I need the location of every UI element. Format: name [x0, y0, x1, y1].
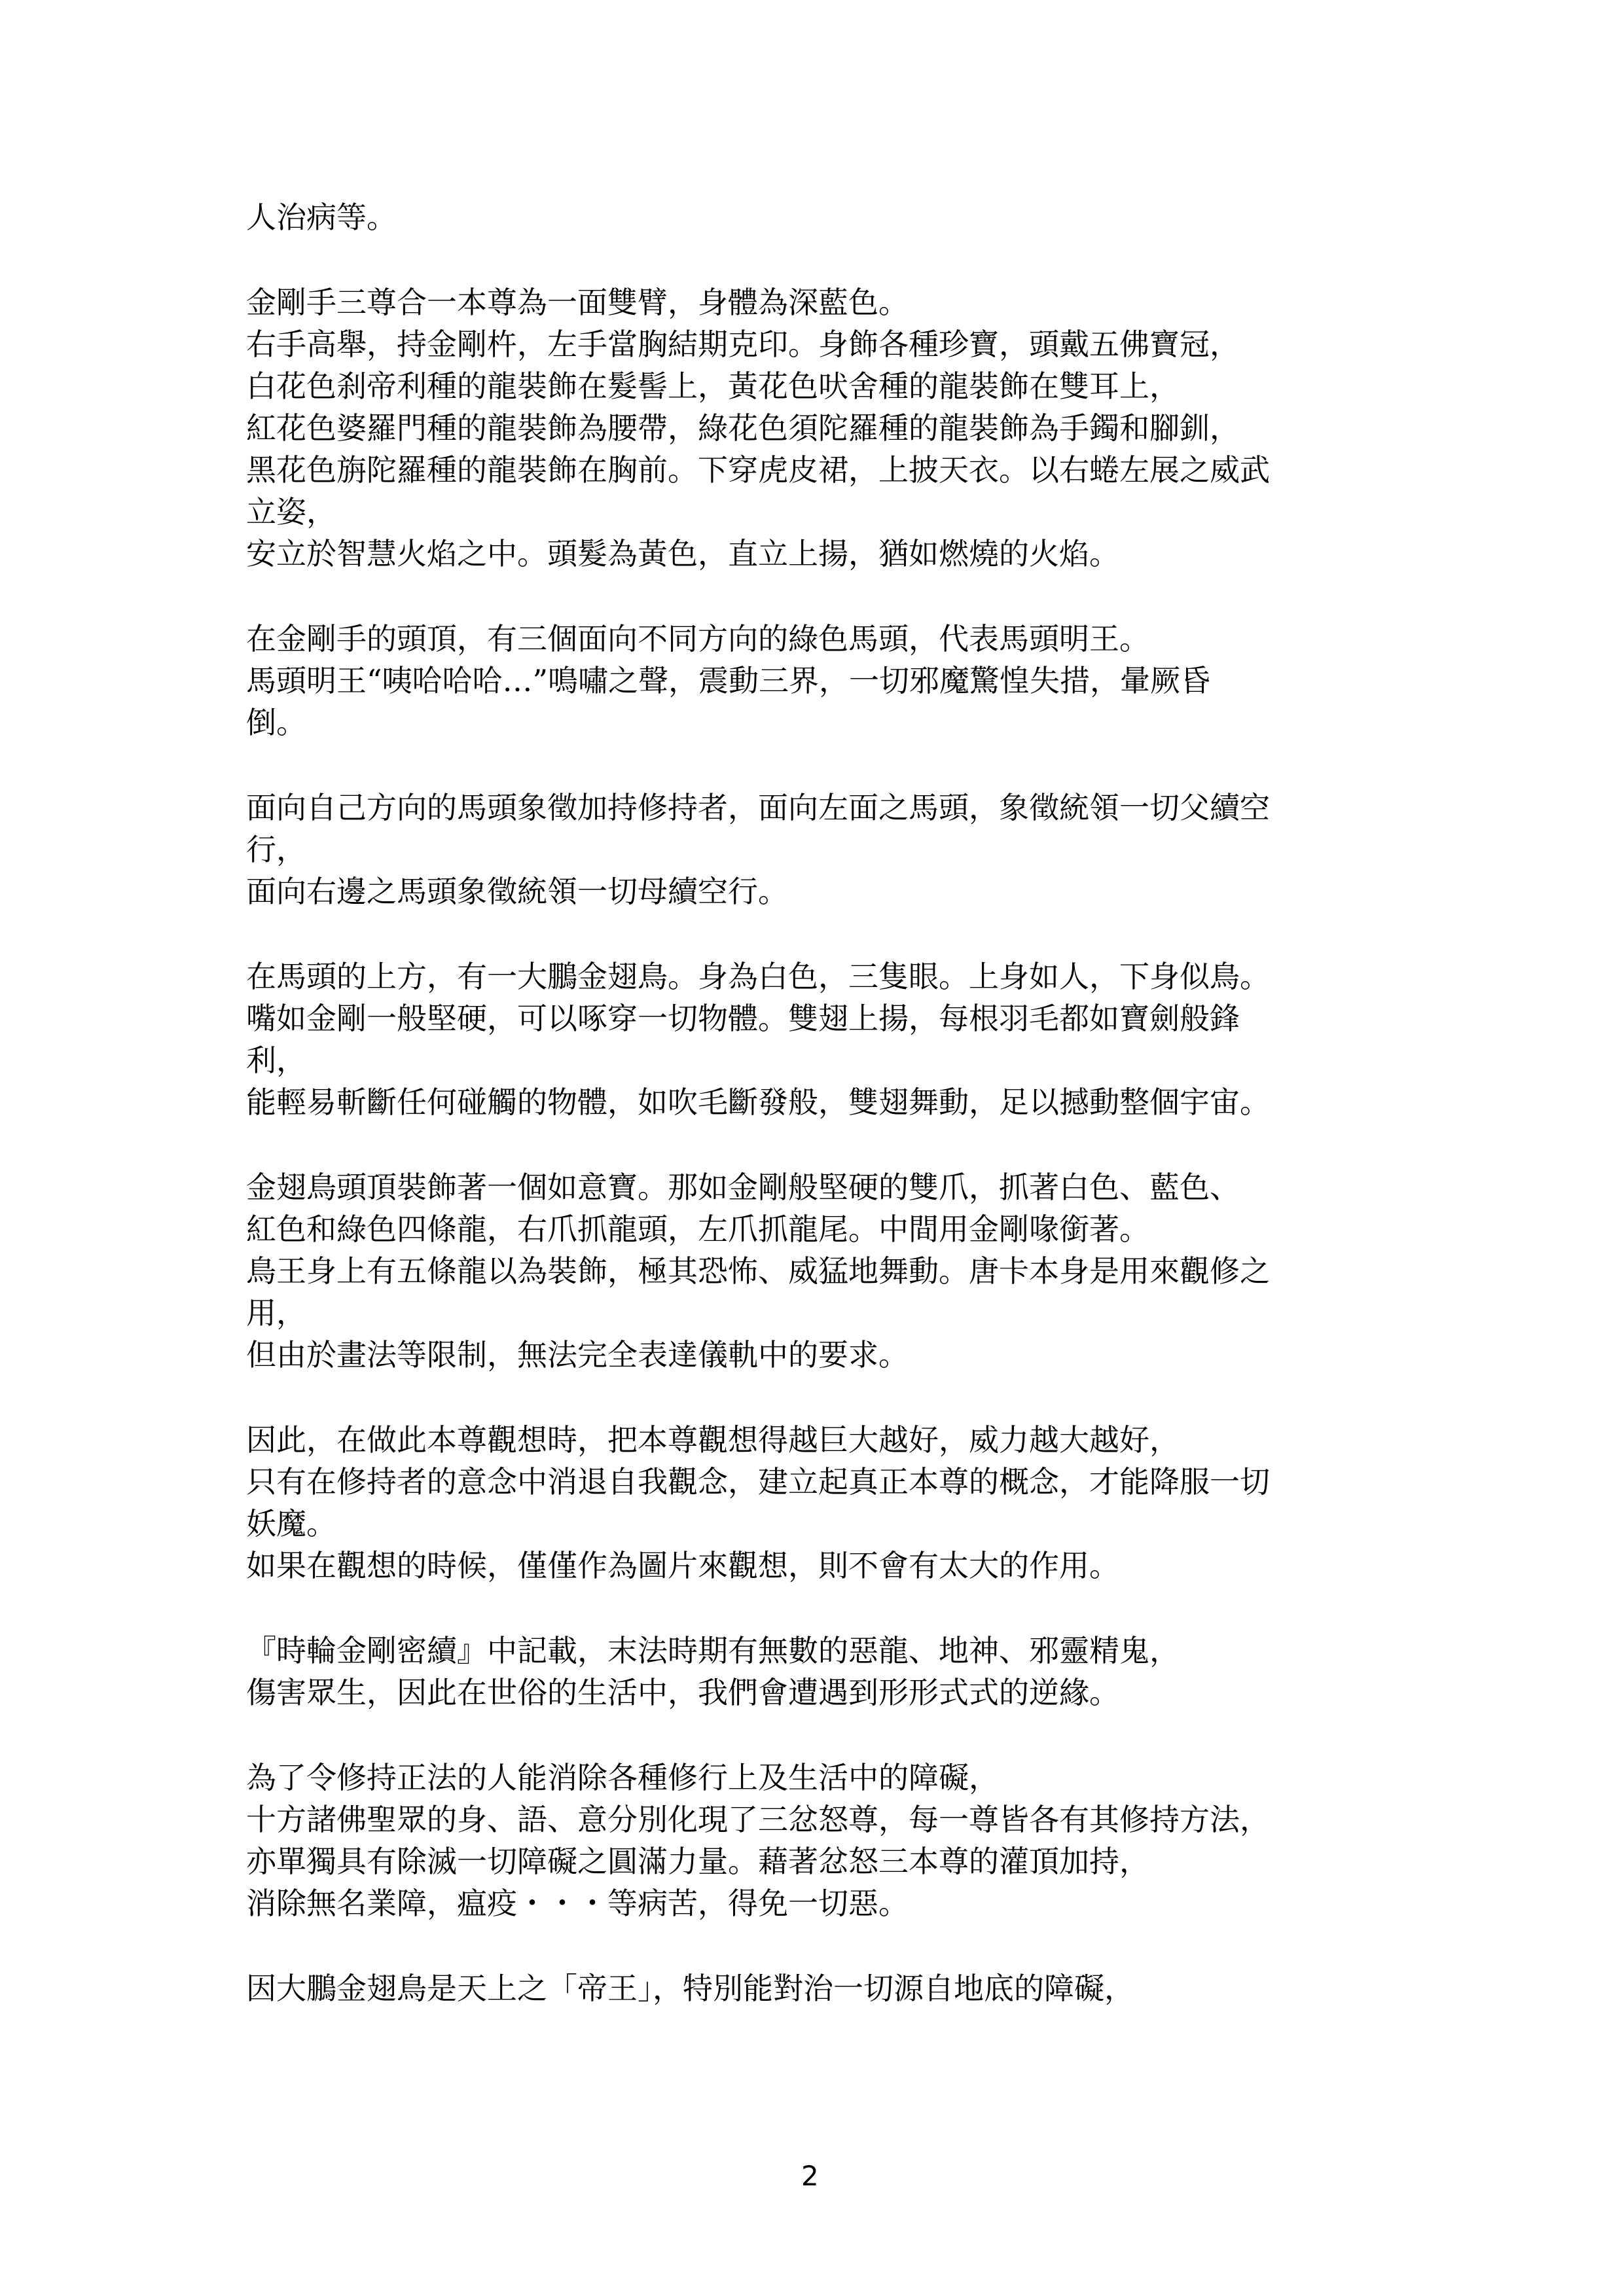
- text-line: 安立於智慧火焰之中。頭髮為黃色，直立上揚，猶如燃燒的火焰。: [246, 533, 1119, 575]
- document-page: 人治病等。 金剛手三尊合一本尊為一面雙臂，身體為深藍色。 右手高舉，持金剛杵，左…: [0, 0, 1624, 2296]
- text-line: 妖魔。: [246, 1503, 336, 1545]
- text-line: 紅色和綠色四條龍，右爪抓龍頭，左爪抓龍尾。中間用金剛喙銜著。: [246, 1208, 1149, 1250]
- text-line: 傷害眾生，因此在世俗的生活中，我們會遭遇到形形式式的逆緣。: [246, 1672, 1119, 1713]
- text-line: 但由於畫法等限制，無法完全表達儀軌中的要求。: [246, 1334, 909, 1376]
- text-line: 金翅鳥頭頂裝飾著一個如意寶。那如金剛般堅硬的雙爪，抓著白色、藍色、: [246, 1166, 1240, 1208]
- text-line: 嘴如金剛一般堅硬，可以啄穿一切物體。雙翅上揚，每根羽毛都如寶劍般鋒: [246, 997, 1240, 1039]
- text-line: 消除無名業障，瘟疫・・・等病苦，得免一切惡。: [246, 1882, 909, 1924]
- page-number: 2: [801, 2160, 819, 2192]
- text-line: 如果在觀想的時候，僅僅作為圖片來觀想，則不會有太大的作用。: [246, 1545, 1119, 1587]
- text-line: 倒。: [246, 702, 306, 744]
- text-line: 右手高舉，持金剛杵，左手當胸結期克印。身飾各種珍寶，頭戴五佛寶冠，: [246, 323, 1240, 365]
- text-line: 行，: [246, 829, 306, 870]
- text-line: 能輕易斬斷任何碰觸的物體，如吹毛斷發般，雙翅舞動，足以撼動整個宇宙。: [246, 1081, 1270, 1123]
- text-line: 為了令修持正法的人能消除各種修行上及生活中的障礙，: [246, 1757, 999, 1799]
- text-line: 用，: [246, 1292, 306, 1334]
- text-line: 黑花色旃陀羅種的龍裝飾在胸前。下穿虎皮裙，上披天衣。以右蜷左展之威武: [246, 449, 1270, 491]
- text-line: 鳥王身上有五條龍以為裝飾，極其恐怖、威猛地舞動。唐卡本身是用來觀修之: [246, 1250, 1270, 1292]
- text-line: 利，: [246, 1039, 306, 1081]
- text-line: 『時輪金剛密續』中記載，末法時期有無數的惡龍、地神、邪靈精鬼，: [246, 1630, 1180, 1672]
- text-line: 面向自己方向的馬頭象徵加持修持者，面向左面之馬頭，象徵統領一切父續空: [246, 787, 1270, 829]
- text-line: 面向右邊之馬頭象徵統領一切母續空行。: [246, 870, 788, 912]
- text-line: 十方諸佛聖眾的身、語、意分別化現了三忿怒尊，每一尊皆各有其修持方法，: [246, 1799, 1270, 1840]
- text-line: 立姿，: [246, 491, 336, 533]
- text-line: 金剛手三尊合一本尊為一面雙臂，身體為深藍色。: [246, 281, 909, 323]
- text-line: 馬頭明王“咦哈哈哈…”鳴嘯之聲，震動三界，一切邪魔驚惶失措，暈厥昏: [246, 660, 1210, 702]
- text-line: 只有在修持者的意念中消退自我觀念，建立起真正本尊的概念，才能降服一切: [246, 1461, 1270, 1503]
- text-line: 人治病等。: [246, 196, 397, 238]
- text-line: 因大鵬金翅鳥是天上之「帝王」，特別能對治一切源自地底的障礙，: [246, 1967, 1134, 2009]
- text-line: 紅花色婆羅門種的龍裝飾為腰帶，綠花色須陀羅種的龍裝飾為手鐲和腳釧，: [246, 407, 1240, 449]
- text-line: 亦單獨具有除滅一切障礙之圓滿力量。藉著忿怒三本尊的灌頂加持，: [246, 1840, 1149, 1882]
- text-line: 白花色刹帝利種的龍裝飾在髮髻上，黃花色吠舍種的龍裝飾在雙耳上，: [246, 365, 1180, 407]
- text-line: 在金剛手的頭頂，有三個面向不同方向的綠色馬頭，代表馬頭明王。: [246, 618, 1149, 660]
- text-line: 因此，在做此本尊觀想時，把本尊觀想得越巨大越好，威力越大越好，: [246, 1419, 1180, 1461]
- text-line: 在馬頭的上方，有一大鵬金翅鳥。身為白色，三隻眼。上身如人，下身似鳥。: [246, 956, 1270, 997]
